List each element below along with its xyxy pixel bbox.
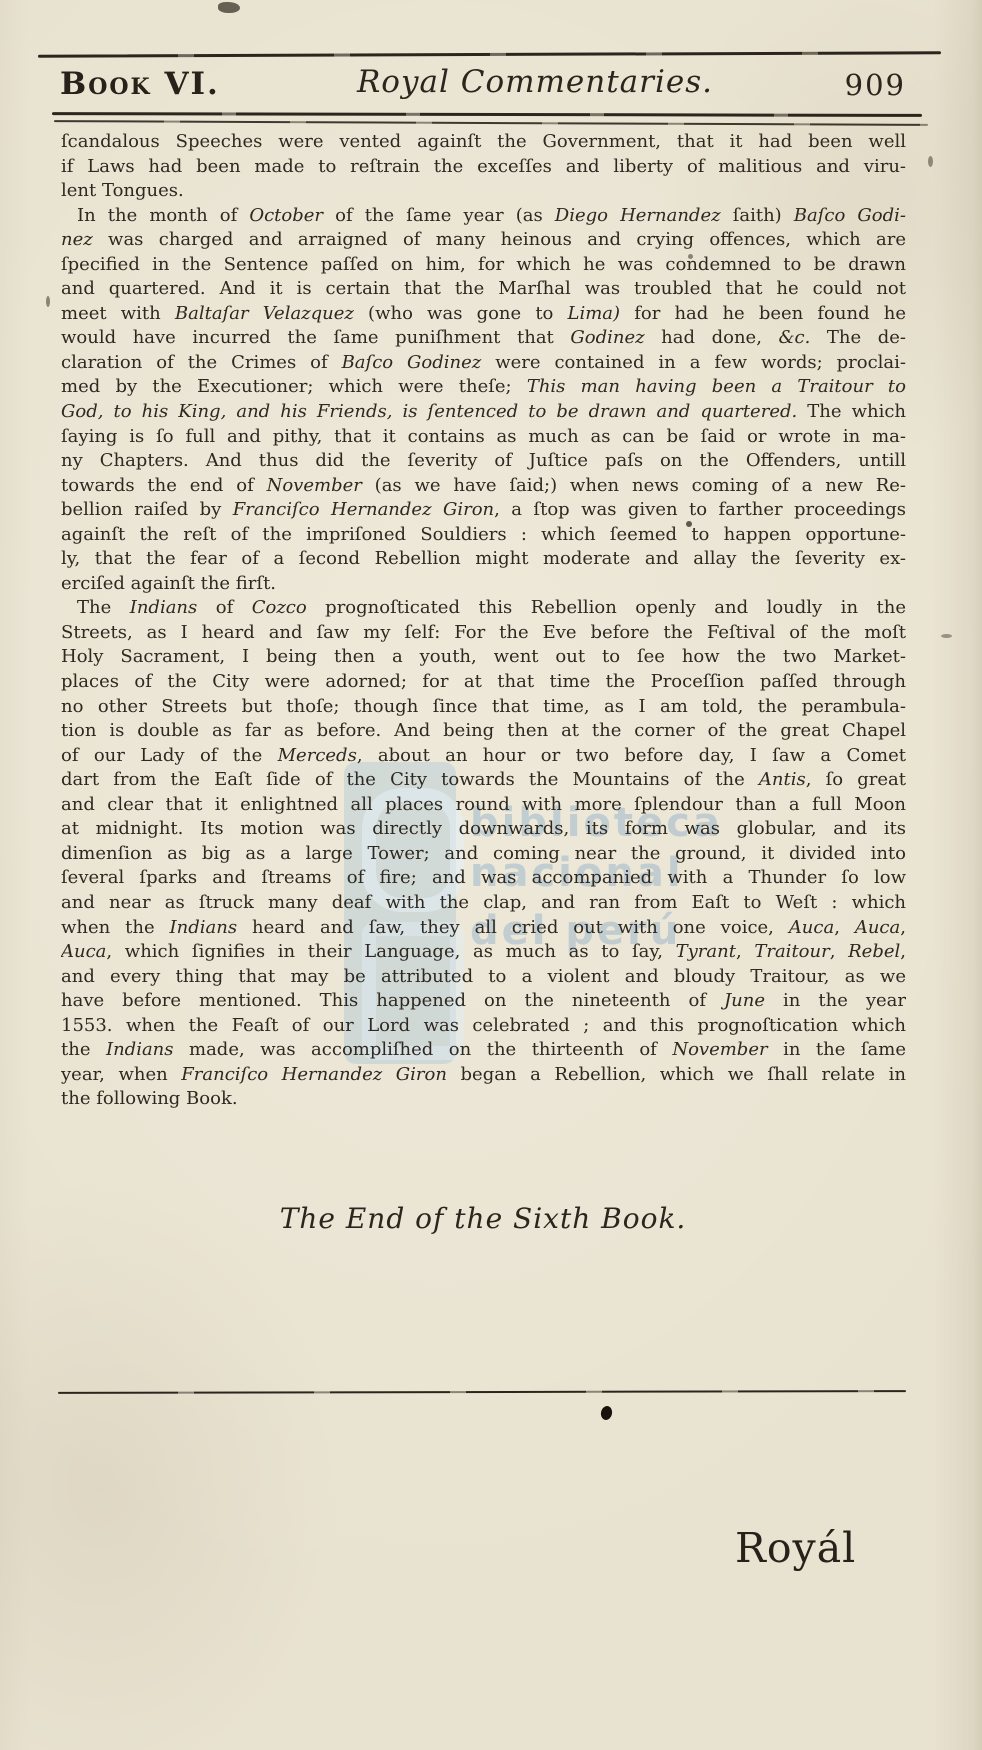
text-line: ly, that the fear of a ſecond Rebellion … — [61, 547, 906, 572]
text-line: Streets, as I heard and ſaw my ſelf: For… — [61, 621, 906, 646]
text-line: Holy Sacrament, I being then a youth, we… — [61, 645, 906, 670]
ink-speck — [941, 634, 952, 638]
running-header: Book VI. Royal Commentaries. 909 — [60, 62, 910, 110]
text-line: of our Lady of the Merceds, about an hou… — [61, 744, 906, 769]
bottom-rule — [58, 1390, 906, 1394]
ink-speck — [218, 2, 240, 13]
text-line: dart from the Eaſt ſide of the City towa… — [61, 768, 906, 793]
text-line: bellion raiſed by Franciſco Hernandez Gi… — [61, 498, 906, 523]
header-rule-lower — [54, 120, 928, 126]
paragraph: ſcandalous Speeches were vented againſt … — [61, 130, 906, 204]
text-line: Auca, which ſignifies in their Language,… — [61, 940, 906, 965]
text-line: claration of the Crimes of Baſco Godinez… — [61, 351, 906, 376]
end-of-book-line: The End of the Sixth Book. — [60, 1202, 906, 1235]
text-line: year, when Franciſco Hernandez Giron beg… — [61, 1063, 906, 1088]
top-rule — [38, 51, 941, 58]
text-line: places of the City were adorned; for at … — [61, 670, 906, 695]
text-line: have before mentioned. This happened on … — [61, 989, 906, 1014]
text-line: againſt the reſt of the impriſoned Sould… — [61, 523, 906, 548]
text-line: lent Tongues. — [61, 179, 906, 204]
paragraph: The Indians of Cozco prognoſticated this… — [61, 596, 906, 1111]
section-dot-ornament — [600, 1405, 614, 1421]
ink-speck — [928, 156, 933, 167]
header-rule-upper — [52, 112, 922, 116]
text-line: towards the end of November (as we have … — [61, 474, 906, 499]
text-line: when the Indians heard and ſaw, they all… — [61, 916, 906, 941]
ink-speck — [46, 296, 50, 307]
book-number-label: Book VI. — [60, 66, 220, 102]
catchword: Royál — [735, 1524, 856, 1572]
text-line: and every thing that may be attributed t… — [61, 965, 906, 990]
book-page-scan: biblioteca nacional del perú Book VI. Ro… — [0, 0, 982, 1750]
text-line: meet with Baltaſar Velazquez (who was go… — [61, 302, 906, 327]
paragraph: In the month of October of the ſame year… — [61, 204, 906, 597]
body-text: ſcandalous Speeches were vented againſt … — [61, 130, 906, 1112]
text-line: ſpecified in the Sentence paſſed on him,… — [61, 253, 906, 278]
text-line: no other Streets but thoſe; though ſince… — [61, 695, 906, 720]
text-line: ſeveral ſparks and ſtreams of fire; and … — [61, 866, 906, 891]
text-line: the Indians made, was accompliſhed on th… — [61, 1038, 906, 1063]
text-line: In the month of October of the ſame year… — [61, 204, 906, 229]
text-line: The Indians of Cozco prognoſticated this… — [61, 596, 906, 621]
text-line: ſcandalous Speeches were vented againſt … — [61, 130, 906, 155]
text-line: dimenſion as big as a large Tower; and c… — [61, 842, 906, 867]
text-line: ſaying is ſo full and pithy, that it con… — [61, 425, 906, 450]
text-line: the following Book. — [61, 1087, 906, 1112]
text-line: if Laws had been made to reſtrain the ex… — [61, 155, 906, 180]
text-line: tion is double as far as before. And bei… — [61, 719, 906, 744]
text-line: 1553. when the Feaſt of our Lord was cel… — [61, 1014, 906, 1039]
page-number: 909 — [845, 68, 906, 102]
text-line: would have incurred the ſame puniſhment … — [61, 326, 906, 351]
text-line: erciſed againſt the firſt. — [61, 572, 906, 597]
text-line: nez was charged and arraigned of many he… — [61, 228, 906, 253]
text-line: God, to his King, and his Friends, is ſe… — [61, 400, 906, 425]
text-line: and clear that it enlightned all places … — [61, 793, 906, 818]
text-line: and quartered. And it is certain that th… — [61, 277, 906, 302]
text-line: and near as ſtruck many deaf with the cl… — [61, 891, 906, 916]
text-line: med by the Executioner; which were theſe… — [61, 375, 906, 400]
text-line: ny Chapters. And thus did the ſeverity o… — [61, 449, 906, 474]
text-line: at midnight. Its motion was directly dow… — [61, 817, 906, 842]
running-title: Royal Commentaries. — [285, 64, 785, 100]
